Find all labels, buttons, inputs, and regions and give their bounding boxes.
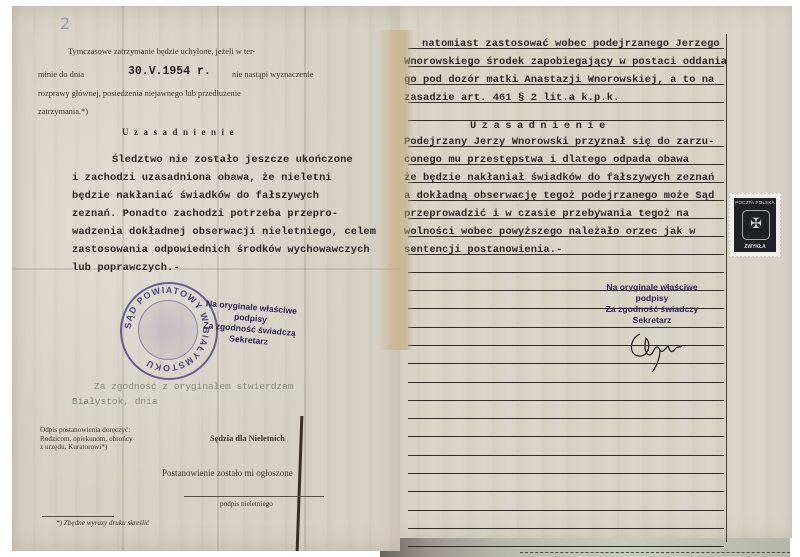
stamp-line: Na oryginale właściwe [592,282,712,293]
postage-stamp: POCZTA POLSKA ✠ ZWYKŁA [729,193,781,257]
stamp-line: podpisy [592,293,712,304]
footnote: *) Zbędne wyrazy druku skreślić [56,519,149,528]
pencil-mark: 2 [60,14,70,33]
delivery-note: Odpis postanowienia doręczyć: Rodzicom, … [40,426,133,452]
margin-line [726,34,727,542]
intro-line: rozprawy głównej, posiedzenia niejawnego… [38,89,241,98]
judge-label: Sędzia dla Nieletnich [210,434,285,443]
ruled-line [408,510,724,511]
justification-line: będzie nakłaniać świadków do fałszywych [72,190,319,202]
stamp-top-text: POCZTA POLSKA [734,200,776,205]
stamp-line: Za zgodność świadczy [592,304,712,315]
ruled-line [408,455,724,456]
intro-line: minie do dnia [38,70,84,79]
faint-typed-line: Za zgodność z oryginałem stwierdzam [94,381,294,392]
eagle-emblem-icon: ✠ [743,215,769,232]
justification-line: wolności wobec powyższego należało orzec… [404,226,695,238]
section-heading: Uzasadnienie [470,120,611,132]
intro-line: zatrzymania.*) [38,107,88,116]
ruled-line [408,382,724,383]
decision-line: Wnorowskiego środek zapobiegający w post… [404,56,727,68]
signature-line [184,496,324,497]
ruled-line [408,473,724,474]
justification-line: sentencji postanowienia.- [404,244,562,256]
intro-line: nie nastąpi wyznaczenie [232,70,313,79]
document-scene: natomiast zastosować wobec podejrzanego … [0,0,800,557]
justification-line: wadzenia dokładnej obserwacji nieletnieg… [72,226,376,238]
decision-line: zasadzie art. 461 § 2 lit.a k.p.k. [404,92,619,104]
justification-line: lub poprawczych.- [72,262,180,274]
acknowledgement-text: Postanowienie zostało mi ogłoszone [162,468,293,478]
ruled-line [408,528,724,529]
underlying-sheet [380,538,790,557]
left-page: 2 Tymczasowe zatrzymanie będzie uchylone… [12,6,400,551]
faint-typed-line: Białystok, dnia [72,396,158,407]
right-page: natomiast zastosować wobec podejrzanego … [392,6,792,538]
footnote-divider [42,516,114,517]
ruled-line [408,546,724,547]
justification-line: i zachodzi uzasadniona obawa, że nieletn… [72,172,332,184]
justification-line: a dokładną obserwację tegoż podejrzanego… [404,190,714,202]
justification-line: Śledztwo nie zostało jeszcze ukończone [112,154,353,166]
ruled-line [408,400,724,401]
justification-line: conego mu przestępstwa i dlatego odpada … [404,154,689,166]
decision-line: go pod dozór matki Anastazji Wnorowskiej… [404,74,714,86]
justification-line: że będzie nakłaniał świadków do fałszywy… [404,172,714,184]
paper-tear [296,416,304,551]
intro-line: Tymczasowe zatrzymanie będzie uchylone, … [68,47,255,56]
handwritten-signature [626,324,696,374]
deadline-date: 30.V.1954 r. [128,65,211,78]
justification-line: zeznań. Ponadto zachodzi potrzeba przepr… [72,208,338,220]
stamp-bottom-text: ZWYKŁA [734,244,776,250]
ruled-line [408,491,724,492]
justification-line: przeprowadzić i w czasie przebywania teg… [404,208,689,220]
justification-line: zastosowania odpowiednich środków wychow… [72,244,370,256]
section-heading: Uzasadnienie [122,127,239,137]
folded-edge [378,30,414,350]
decision-line: natomiast zastosować wobec podejrzanego … [422,38,720,50]
justification-line: Podejrzany Jerzy Wnorowski przyznał się … [404,136,714,148]
ruled-line [408,418,724,419]
ruled-line [408,272,724,273]
ruled-line [408,436,724,437]
signature-caption: podpis nieletniego [220,500,273,509]
conformity-stamp: Na oryginale właściwe podpisy Za zgodnoś… [592,282,712,326]
